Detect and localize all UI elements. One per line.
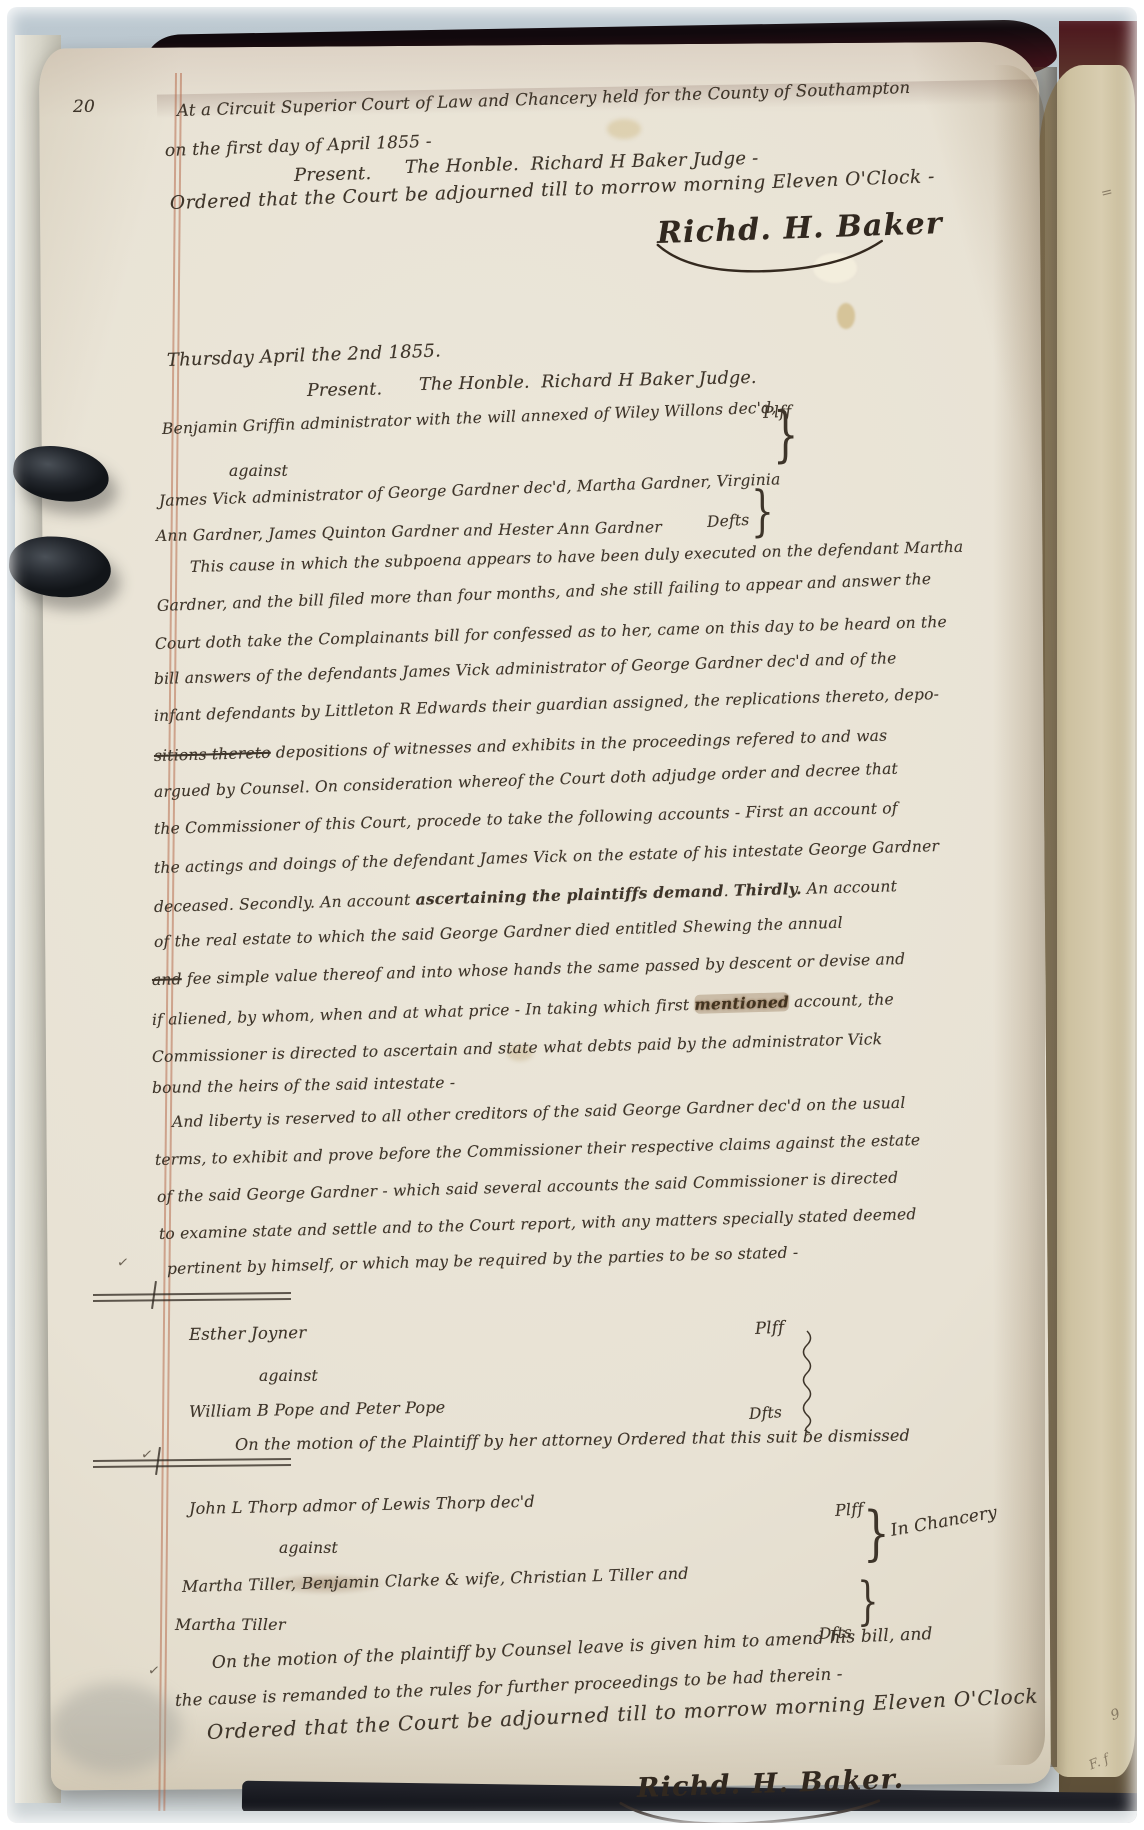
page-right-shade: [993, 65, 1045, 1765]
present-label: Present.: [307, 381, 383, 400]
blotted-text: mentioned: [694, 992, 789, 1014]
against-label: against: [229, 464, 288, 480]
manuscript-photo: 20 At a Circuit Superior Court of Law an…: [0, 0, 1144, 1830]
signature-flourish: [652, 233, 888, 279]
margin-check-mark: ✓: [116, 1254, 130, 1271]
dfts-label: Dfts: [749, 1405, 783, 1422]
signature-flourish: [619, 1791, 885, 1823]
case-bracket-squiggle: [799, 1329, 815, 1433]
table-surface: [15, 1811, 1137, 1823]
against-label: against: [259, 1369, 318, 1385]
case-defendants: Martha Tiller: [175, 1617, 286, 1633]
present-label: Present.: [294, 165, 372, 185]
margin-check-mark: ✓: [140, 1446, 154, 1463]
curly-brace: }: [751, 486, 774, 540]
case-plaintiff: Esther Joyner: [189, 1325, 307, 1344]
page-number: 20: [73, 99, 95, 116]
defts-label: Defts: [707, 513, 750, 531]
case-defendants: William B Pope and Peter Pope: [189, 1400, 446, 1420]
curly-brace: }: [863, 1505, 890, 1564]
photo-background: 20 At a Circuit Superior Court of Law an…: [7, 7, 1137, 1823]
curly-brace: }: [857, 1577, 879, 1628]
margin-check-mark: ✓: [147, 1662, 161, 1679]
struck-text: sitions thereto: [154, 744, 271, 765]
against-label: against: [279, 1541, 338, 1557]
emphasized-text: Thirdly.: [734, 879, 802, 900]
curly-brace: }: [773, 405, 798, 465]
struck-text: and: [152, 970, 182, 989]
plff-label: Plff: [755, 1319, 785, 1337]
plff-label: Plff: [834, 1501, 864, 1519]
